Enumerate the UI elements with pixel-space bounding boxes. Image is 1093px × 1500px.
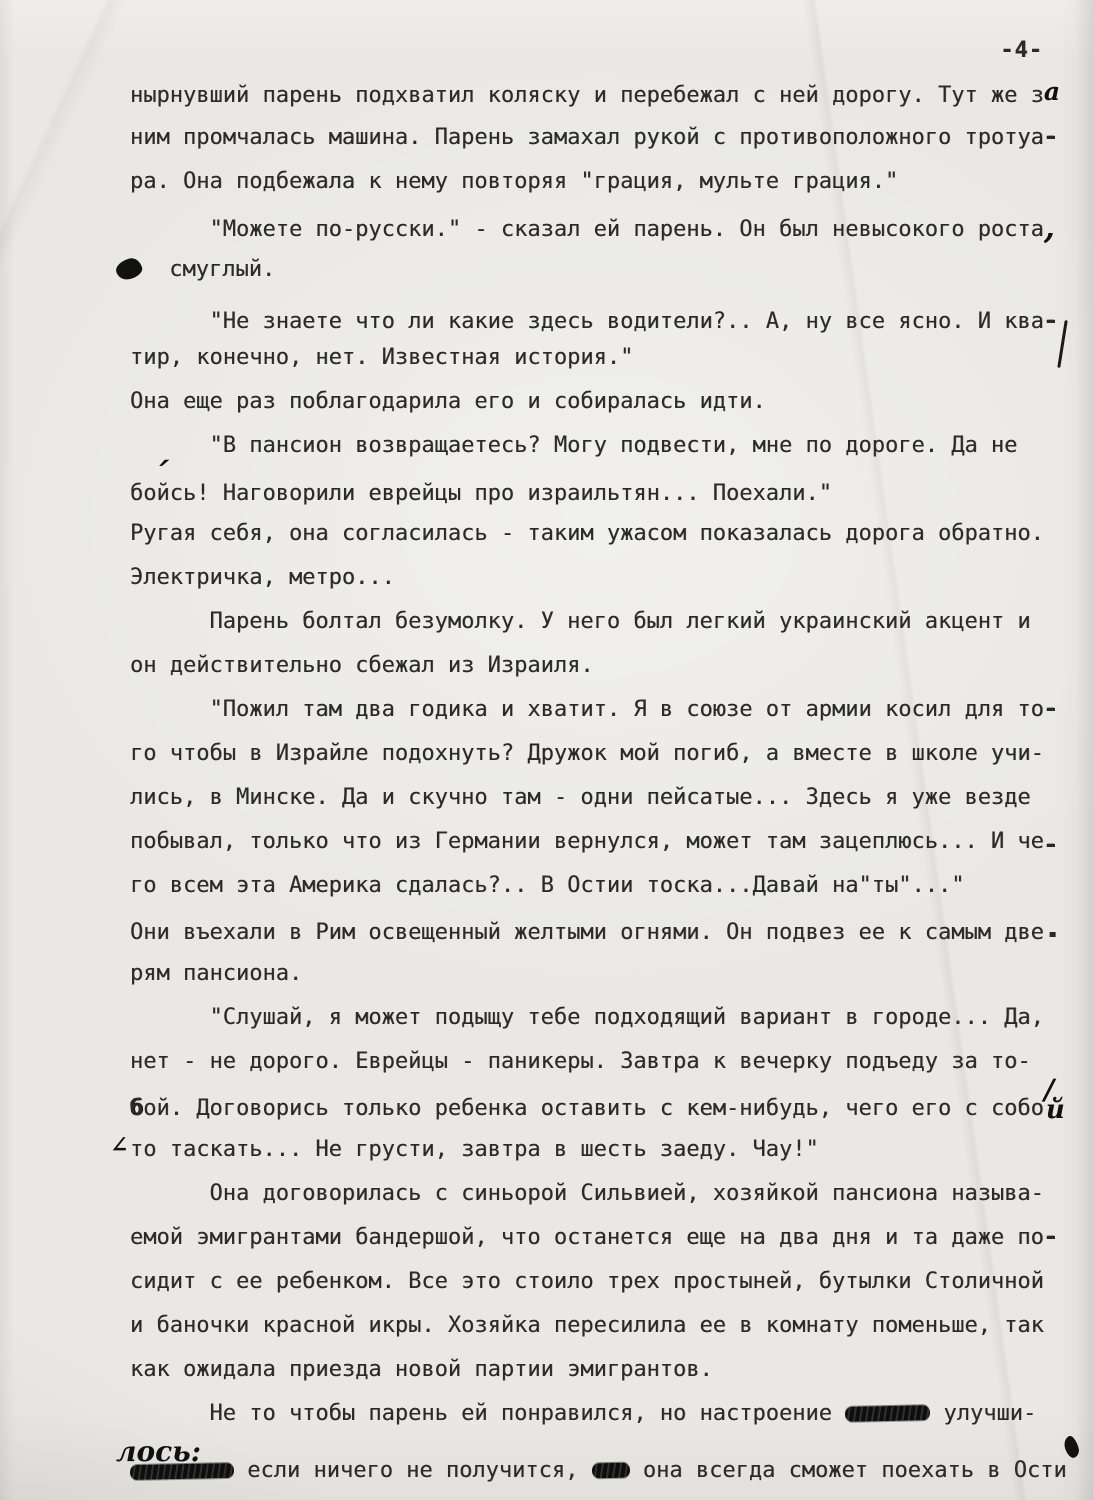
typescript-page: -4- нырнувший парень подхватил коляску и… [0,0,1093,1500]
typed-text: Электричка, метро... [130,565,395,590]
typed-text: побывал, только что из Германии вернулся… [130,829,1044,854]
typed-text: Парень болтал безумолку. У него был легк… [130,609,1031,634]
text-line: "Не знаете что ли какие здесь водители?.… [130,298,1072,342]
text-line: если ничего не получится, она всегда смо… [130,1455,1072,1499]
typed-text: Ругая себя, она согласилась - таким ужас… [130,521,1044,546]
text-line: смуглый. [130,254,1072,298]
typed-text: как ожидала приезда новой партии эмигран… [130,1357,713,1382]
typed-text: она всегда сможет поехать в Ости [630,1458,1067,1483]
overstruck-text: - [1044,833,1057,858]
overstruck-text: - [1044,697,1057,722]
text-line: ним промчалась машина. Парень замахал ру… [130,122,1072,166]
handwritten-mark: а [1044,77,1060,106]
text-line: бо´йсь! Наговорили еврейцы про израильтя… [130,474,1072,518]
text-line: рям пансиона. [130,958,1072,1002]
typed-text: рям пансиона. [130,961,302,986]
text-line: нырнувший парень подхватил коляску и пер… [130,78,1072,122]
text-line: Парень болтал безумолку. У него был легк… [130,606,1072,650]
page-number: -4- [1000,38,1043,63]
typed-text: сидит с ее ребенком. Все это стоило трех… [130,1269,1044,1294]
handwritten-mark: й [1046,1095,1065,1125]
handwritten-mark: , [1044,208,1055,246]
typed-text: ра. Она подбежала к нему повторяя "граци… [130,169,898,194]
text-line: Они въехали в Рим освещенный желтыми огн… [130,914,1072,958]
text-line: лись, в Минске. Да и скучно там - одни п… [130,782,1072,826]
typed-text: лись, в Минске. Да и скучно там - одни п… [130,785,1031,810]
overstruck-text: . [1044,911,1061,944]
typed-text: если ничего не получится, [234,1458,592,1483]
typed-text: улучши- [930,1401,1036,1426]
typed-text: "Можете по-русски." - сказал ей парень. … [130,217,1044,242]
text-line: бой. Договорись только ребенка оставить … [130,1090,1072,1134]
text-line: Ругая себя, она согласилась - таким ужас… [130,518,1072,562]
text-line: Она договорилась с синьорой Сильвией, хо… [130,1178,1072,1222]
text-line: "В пансион возвращаетесь? Могу подвести,… [130,430,1072,474]
typed-text: го всем эта Америка сдалась?.. В Остии т… [130,873,964,898]
text-line: "Можете по-русски." - сказал ей парень. … [130,210,1072,254]
typed-text: йсь! Наговорили еврейцы про израильтян..… [157,481,833,506]
typed-text: Она договорилась с синьорой Сильвией, хо… [130,1181,1044,1206]
text-line: Не то чтобы парень ей понравился, но нас… [130,1398,1072,1442]
typed-text: Они въехали в Рим освещенный желтыми огн… [130,920,1044,945]
typed-text: "Не знаете что ли какие здесь водители?.… [130,309,1044,334]
typed-text: "Пожил там два годика и хватит. Я в союз… [130,697,1044,722]
text-line: ∠то таскать... Не грусти, завтра в шесть… [130,1134,1072,1178]
text-line: "Пожил там два годика и хватит. Я в союз… [130,694,1072,738]
typed-text: смуглый. [156,257,275,282]
typed-text: го чтобы в Израйле подохнуть? Дружок мой… [130,741,1044,766]
overstruck-text: - [1044,1225,1057,1250]
typed-text: емой эмигрантами бандершой, что останетс… [130,1225,1044,1250]
overstruck-text: - [1044,309,1057,334]
overstruck-text: б [130,1096,143,1121]
ink-blot [114,256,144,282]
typed-text: Она еще раз поблагодарила его и собирала… [130,389,766,414]
text-line: го чтобы в Израйле подохнуть? Дружок мой… [130,738,1072,782]
typed-text: нет - не дорого. Еврейцы - паникеры. Зав… [130,1049,1031,1074]
typed-text: тир, конечно, нет. Известная история." [130,345,633,370]
strikeout-scribble [845,1405,930,1422]
typed-text: "В пансион возвращаетесь? Могу подвести,… [130,433,1017,458]
text-line: емой эмигрантами бандершой, что останетс… [130,1222,1072,1266]
typed-text: он действительно сбежал из Израиля. [130,653,594,678]
text-line: как ожидала приезда новой партии эмигран… [130,1354,1072,1398]
text-line: Она еще раз поблагодарила его и собирала… [130,386,1072,430]
typed-text: и баночки красной икры. Хозяйка пересили… [130,1313,1044,1338]
strikeout-scribble [591,1463,629,1479]
typed-text: Не то чтобы парень ей понравился, но нас… [130,1401,845,1426]
typed-text: ой. Договорись только ребенка оставить с… [143,1096,1044,1121]
text-line: Электричка, метро... [130,562,1072,606]
typed-text: ним промчалась машина. Парень замахал ру… [130,125,1044,150]
typed-text: то таскать... Не грусти, завтра в шесть … [130,1137,819,1162]
text-line: он действительно сбежал из Израиля. [130,650,1072,694]
overstruck-text: - [1044,125,1057,150]
text-line: сидит с ее ребенком. Все это стоило трех… [130,1266,1072,1310]
text-block: нырнувший парень подхватил коляску и пер… [130,78,1072,1499]
text-line: побывал, только что из Германии вернулся… [130,826,1072,870]
strikeout-scribble [130,1463,234,1480]
typed-text: "Слушай, я может подыщу тебе подходящий … [130,1005,1044,1030]
text-line: тир, конечно, нет. Известная история." [130,342,1072,386]
text-line: "Слушай, я может подыщу тебе подходящий … [130,1002,1072,1046]
text-line: нет - не дорого. Еврейцы - паникеры. Зав… [130,1046,1072,1090]
text-line: и баночки красной икры. Хозяйка пересили… [130,1310,1072,1354]
text-line: ра. Она подбежала к нему повторяя "граци… [130,166,1072,210]
typed-text: нырнувший парень подхватил коляску и пер… [130,83,1044,108]
text-line: лось: [130,1442,1072,1455]
text-line: го всем эта Америка сдалась?.. В Остии т… [130,870,1072,914]
